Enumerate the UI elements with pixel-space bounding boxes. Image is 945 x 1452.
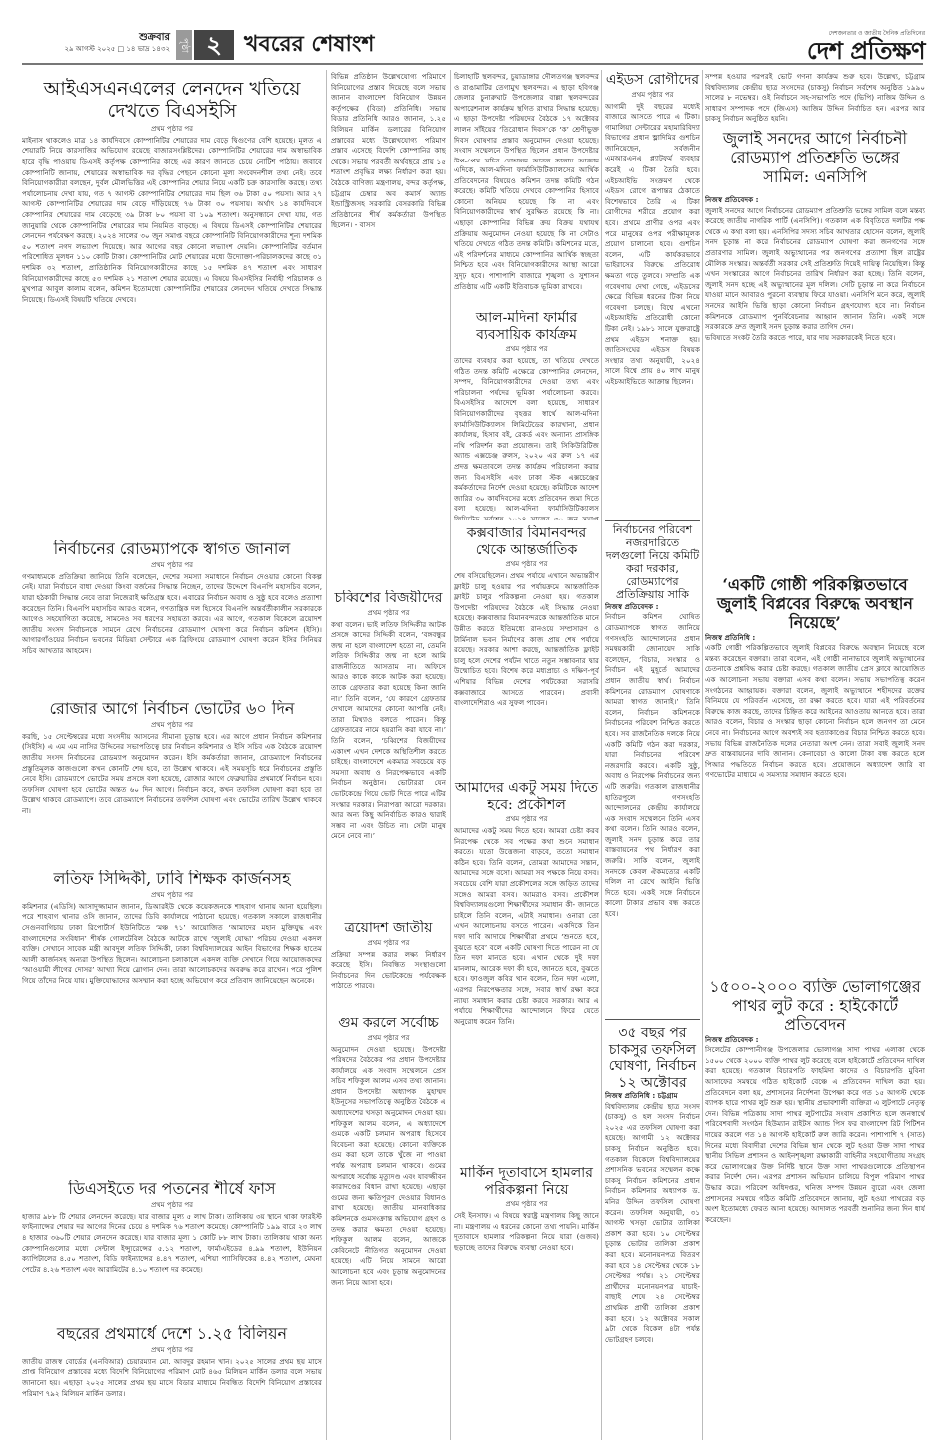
brand-name: দেশ প্রতিক্ষণ — [807, 38, 925, 64]
page-label: পৃষ্ঠা — [176, 30, 192, 60]
article-body: সিলেটের কোম্পানীগঞ্জ উপজেলার ভোলাগঞ্জ সা… — [705, 1045, 925, 1225]
article-body: জাতীয় রাজস্ব বোর্ডের (এনবিআর) চেয়ারম্য… — [22, 1357, 322, 1399]
issue-date: ২৯ আগস্ট ২০২৫ □ ১৪ ভাদ্র ১৪৩২ — [55, 44, 170, 54]
continued-label: প্রথম পৃষ্ঠার পর — [22, 890, 322, 900]
article-troyodosh: ত্রয়োদশ জাতীয় প্রথম পৃষ্ঠার পর প্রক্রি… — [331, 920, 446, 1010]
continued-label: প্রথম পৃষ্ঠার পর — [22, 560, 322, 570]
article-body: কথা বলেন। ভাই লতিফ সিদ্দিকীর আটক প্রসঙ্গ… — [331, 620, 446, 842]
continued-label: প্রথম পৃষ্ঠার পর — [454, 344, 599, 354]
article-roadmap-welcome: নির্বাচনের রোডম্যাপকে স্বাগত জানাল প্রথম… — [22, 540, 322, 695]
headline: রোজার আগে নির্বাচন ভোটের ৬০ দিন — [22, 700, 322, 719]
headline: ৩৫ বছর পর চাকসুর তফসিল ঘোষণা, নির্বাচন ১… — [605, 1025, 700, 1091]
headline: মার্কিন দূতাবাসে হামলার পরিকল্পনা নিয়ে — [454, 1165, 599, 1198]
headline: ‘একটি গোষ্ঠী পরিকল্পিতভাবে জুলাই বিপ্লবে… — [705, 575, 925, 633]
article-body: নির্বাচন কমিশন ঘোষিত রোডম্যাপকে স্বাগত জ… — [605, 612, 700, 919]
byline: নিজস্ব প্রতিনিধি : — [705, 633, 925, 644]
article-body: হাজার ৯৮৮ টি শেয়ার লেনদেন করেছে। যার বা… — [22, 1212, 322, 1276]
article-body: শেষ বসিয়েছিলেন। প্রথম পর্যায়ে এখানে অভ… — [454, 571, 599, 709]
headline: কক্সবাজার বিমানবন্দর থেকে আন্তর্জাতিক — [454, 525, 599, 558]
headline: গুম করলে সর্বোচ্চ — [331, 1015, 446, 1032]
byline: নিজস্ব প্রতিবেদক : — [705, 1035, 925, 1046]
article-chobbish: চব্বিশের বিজয়ীদের প্রথম পৃষ্ঠার পর কথা … — [331, 590, 446, 910]
article-continuation: সম্পন্ন হওয়ার পরপরই ভোট গণনা কার্যক্রম … — [705, 72, 925, 127]
article-body: বিশ্ববিদ্যালয় কেন্দ্রীয় ছাত্র সংসদ (চা… — [605, 1102, 700, 1346]
headline: আমাদের একটু সময় দিতে হবে: প্রকৌশল — [454, 780, 599, 813]
issue-date-block: শুক্রবার ২৯ আগস্ট ২০২৫ □ ১৪ ভাদ্র ১৪৩২ — [55, 32, 170, 54]
continued-label: প্রথম পৃষ্ঠার পর — [454, 814, 599, 824]
article-body: কমিশনার (এডিসি) আসাদুজ্জামান জানান, ডিআর… — [22, 902, 322, 987]
continued-label: প্রথম পৃষ্ঠার পর — [22, 1200, 322, 1210]
article-dse: ডিএসইতে দর পতনের শীর্ষে ফাস প্রথম পৃষ্ঠা… — [22, 1180, 322, 1320]
article-roja: রোজার আগে নির্বাচন ভোটের ৬০ দিন প্রথম পৃ… — [22, 700, 322, 865]
article-poribesh: নির্বাচনের পরিবেশ নজরদারিতে দলগুলো নিয়ে… — [605, 520, 700, 1020]
continued-label: প্রথম পৃষ্ঠার পর — [454, 559, 599, 569]
continued-label: প্রথম পৃষ্ঠার পর — [454, 1199, 599, 1209]
article-bholaganj: ১৫০০-২০০০ ব্যক্তি ভোলাগঞ্জের পাথর লুট কর… — [705, 978, 925, 1440]
article-body: সেই ইনসাফ। এ বিষয়ে স্বরাষ্ট্র মন্ত্রণাল… — [454, 1211, 599, 1253]
article-body: করছি, ১৫ সেপ্টেম্বরের মধ্যে সংসদীয় আসনে… — [22, 732, 322, 817]
column-1: আইএসএনএলের লেনদেন খতিয়ে দেখতে বিএসইসি প… — [22, 70, 322, 1440]
article-billion: বছরের প্রথমার্ধে দেশে ১.২৫ বিলিয়ন প্রথম… — [22, 1325, 322, 1440]
article-prokoushol: আমাদের একটু সময় দিতে হবে: প্রকৌশল প্রথম… — [454, 780, 599, 1160]
headline: জুলাই সনদের আগে নির্বাচনী রোডম্যাপ প্রতি… — [705, 130, 925, 187]
byline: নিজস্ব প্রতিবেদক : — [605, 602, 700, 613]
continued-label: প্রথম পৃষ্ঠার পর — [22, 720, 322, 730]
headline: আইএসএনএলের লেনদেন খতিয়ে দেখতে বিএসইসি — [22, 78, 322, 123]
byline: নিজস্ব প্রতিবেদক : — [705, 195, 759, 204]
article-july-sanad: জুলাই সনদের আগে নির্বাচনী রোডম্যাপ প্রতি… — [705, 130, 925, 570]
headline: ডিএসইতে দর পতনের শীর্ষে ফাস — [22, 1180, 322, 1199]
article-gum: গুম করলে সর্বোচ্চ প্রথম পৃষ্ঠার পর অনুমো… — [331, 1015, 446, 1440]
column-3: আল-মদিনা ফার্মার ব্যবসায়িক কার্যক্রম প্… — [454, 70, 599, 1440]
article-body: প্রক্রিয়া সম্পন্ন করার লক্ষ্য নির্ধারণ … — [331, 950, 446, 992]
headline: ত্রয়োদশ জাতীয় — [331, 920, 446, 937]
column-5: সম্পন্ন হওয়ার পরপরই ভোট গণনা কার্যক্রম … — [705, 70, 925, 1440]
column-divider — [326, 70, 327, 1440]
header-divider — [22, 63, 923, 65]
headline: চব্বিশের বিজয়ীদের — [331, 590, 446, 607]
article-coxsbazar: কক্সবাজার বিমানবন্দর থেকে আন্তর্জাতিক প্… — [454, 525, 599, 775]
article-body: গণমাধ্যমকে প্রতিক্রিয়া জানিয়ে তিনি বলে… — [22, 572, 322, 657]
headline: নির্বাচনের পরিবেশ নজরদারিতে দলগুলো নিয়ে… — [605, 524, 700, 602]
headline: লতিফ সিদ্দিকী, ঢাবি শিক্ষক কার্জনসহ — [22, 870, 322, 889]
column-4: এইডস রোগীদের প্রথম পৃষ্ঠার পর আগামী দুই … — [605, 70, 700, 1440]
article-body: সম্পন্ন হওয়ার পরপরই ভোট গণনা কার্যক্রম … — [705, 72, 925, 125]
article-body: অনুমোদন দেওয়া হয়েছে। উপদেষ্টা পরিষদের … — [331, 1045, 446, 1289]
article-body: একটি গোষ্ঠী পরিকল্পিতভাবে জুলাই বিপ্লবের… — [705, 643, 925, 781]
headline: বছরের প্রথমার্ধে দেশে ১.২৫ বিলিয়ন — [22, 1325, 322, 1344]
article-gosthi: ‘একটি গোষ্ঠী পরিকল্পিতভাবে জুলাই বিপ্লবে… — [705, 575, 925, 975]
newspaper-logo: দেশজনতার ও জাতীয় দৈনিক প্রতিদিনের দেশ প… — [807, 30, 925, 64]
section-title: খবরের শেষাংশ — [244, 31, 374, 59]
article-isnl: আইএসএনএলের লেনদেন খতিয়ে দেখতে বিএসইসি প… — [22, 78, 322, 533]
column-divider — [601, 70, 602, 1440]
article-body: আমাদের একটু সময় দিতে হবে। আমরা চেষ্টা ক… — [454, 826, 599, 1027]
byline: নিজস্ব প্রতিনিধি : চট্টগ্রাম — [605, 1091, 700, 1102]
article-latif: লতিফ সিদ্দিকী, ঢাবি শিক্ষক কার্জনসহ প্রথ… — [22, 870, 322, 1175]
article-body: আগামী দুই বছরের মধ্যেই বাজারে আসতে পারে … — [605, 102, 700, 388]
column-divider — [702, 70, 703, 1440]
issue-day: শুক্রবার — [55, 32, 170, 44]
article-chaksu: ৩৫ বছর পর চাকসুর তফসিল ঘোষণা, নির্বাচন ১… — [605, 1025, 700, 1440]
article-marin: মার্কিন দূতাবাসে হামলার পরিকল্পনা নিয়ে … — [454, 1165, 599, 1440]
article-body: জুলাই সনদের আগে নির্বাচনের রোডম্যাপ প্রত… — [705, 206, 925, 333]
page-number: ২ — [194, 30, 234, 60]
headline: আল-মদিনা ফার্মার ব্যবসায়িক কার্যক্রম — [454, 310, 599, 343]
article-almadina: আল-মদিনা ফার্মার ব্যবসায়িক কার্যক্রম প্… — [454, 310, 599, 520]
article-body: মাইনাস থাকলেও মাত্র ১৪ কার্যদিবসে কোম্পা… — [22, 136, 322, 306]
article-aids: এইডস রোগীদের প্রথম পৃষ্ঠার পর আগামী দুই … — [605, 72, 700, 512]
continued-label: প্রথম পৃষ্ঠার পর — [331, 938, 446, 948]
article-body: তাদের ব্যবহার করা হয়েছে, তা খতিয়ে দেখত… — [454, 356, 599, 520]
continued-label: প্রথম পৃষ্ঠার পর — [22, 1345, 322, 1355]
article-tail: ভবিষ্যতে সংকট তৈরি করতে পারে, যার দায় স… — [705, 333, 925, 344]
continued-label: প্রথম পৃষ্ঠার পর — [331, 1033, 446, 1043]
headline: এইডস রোগীদের — [605, 72, 700, 89]
headline: ১৫০০-২০০০ ব্যক্তি ভোলাগঞ্জের পাথর লুট কর… — [705, 978, 925, 1035]
continued-label: প্রথম পৃষ্ঠার পর — [605, 90, 700, 100]
headline: নির্বাচনের রোডম্যাপকে স্বাগত জানাল — [22, 540, 322, 559]
masthead: শুক্রবার ২৯ আগস্ট ২০২৫ □ ১৪ ভাদ্র ১৪৩২ প… — [0, 0, 945, 64]
continued-label: প্রথম পৃষ্ঠার পর — [22, 124, 322, 134]
continued-label: প্রথম পৃষ্ঠার পর — [331, 608, 446, 618]
